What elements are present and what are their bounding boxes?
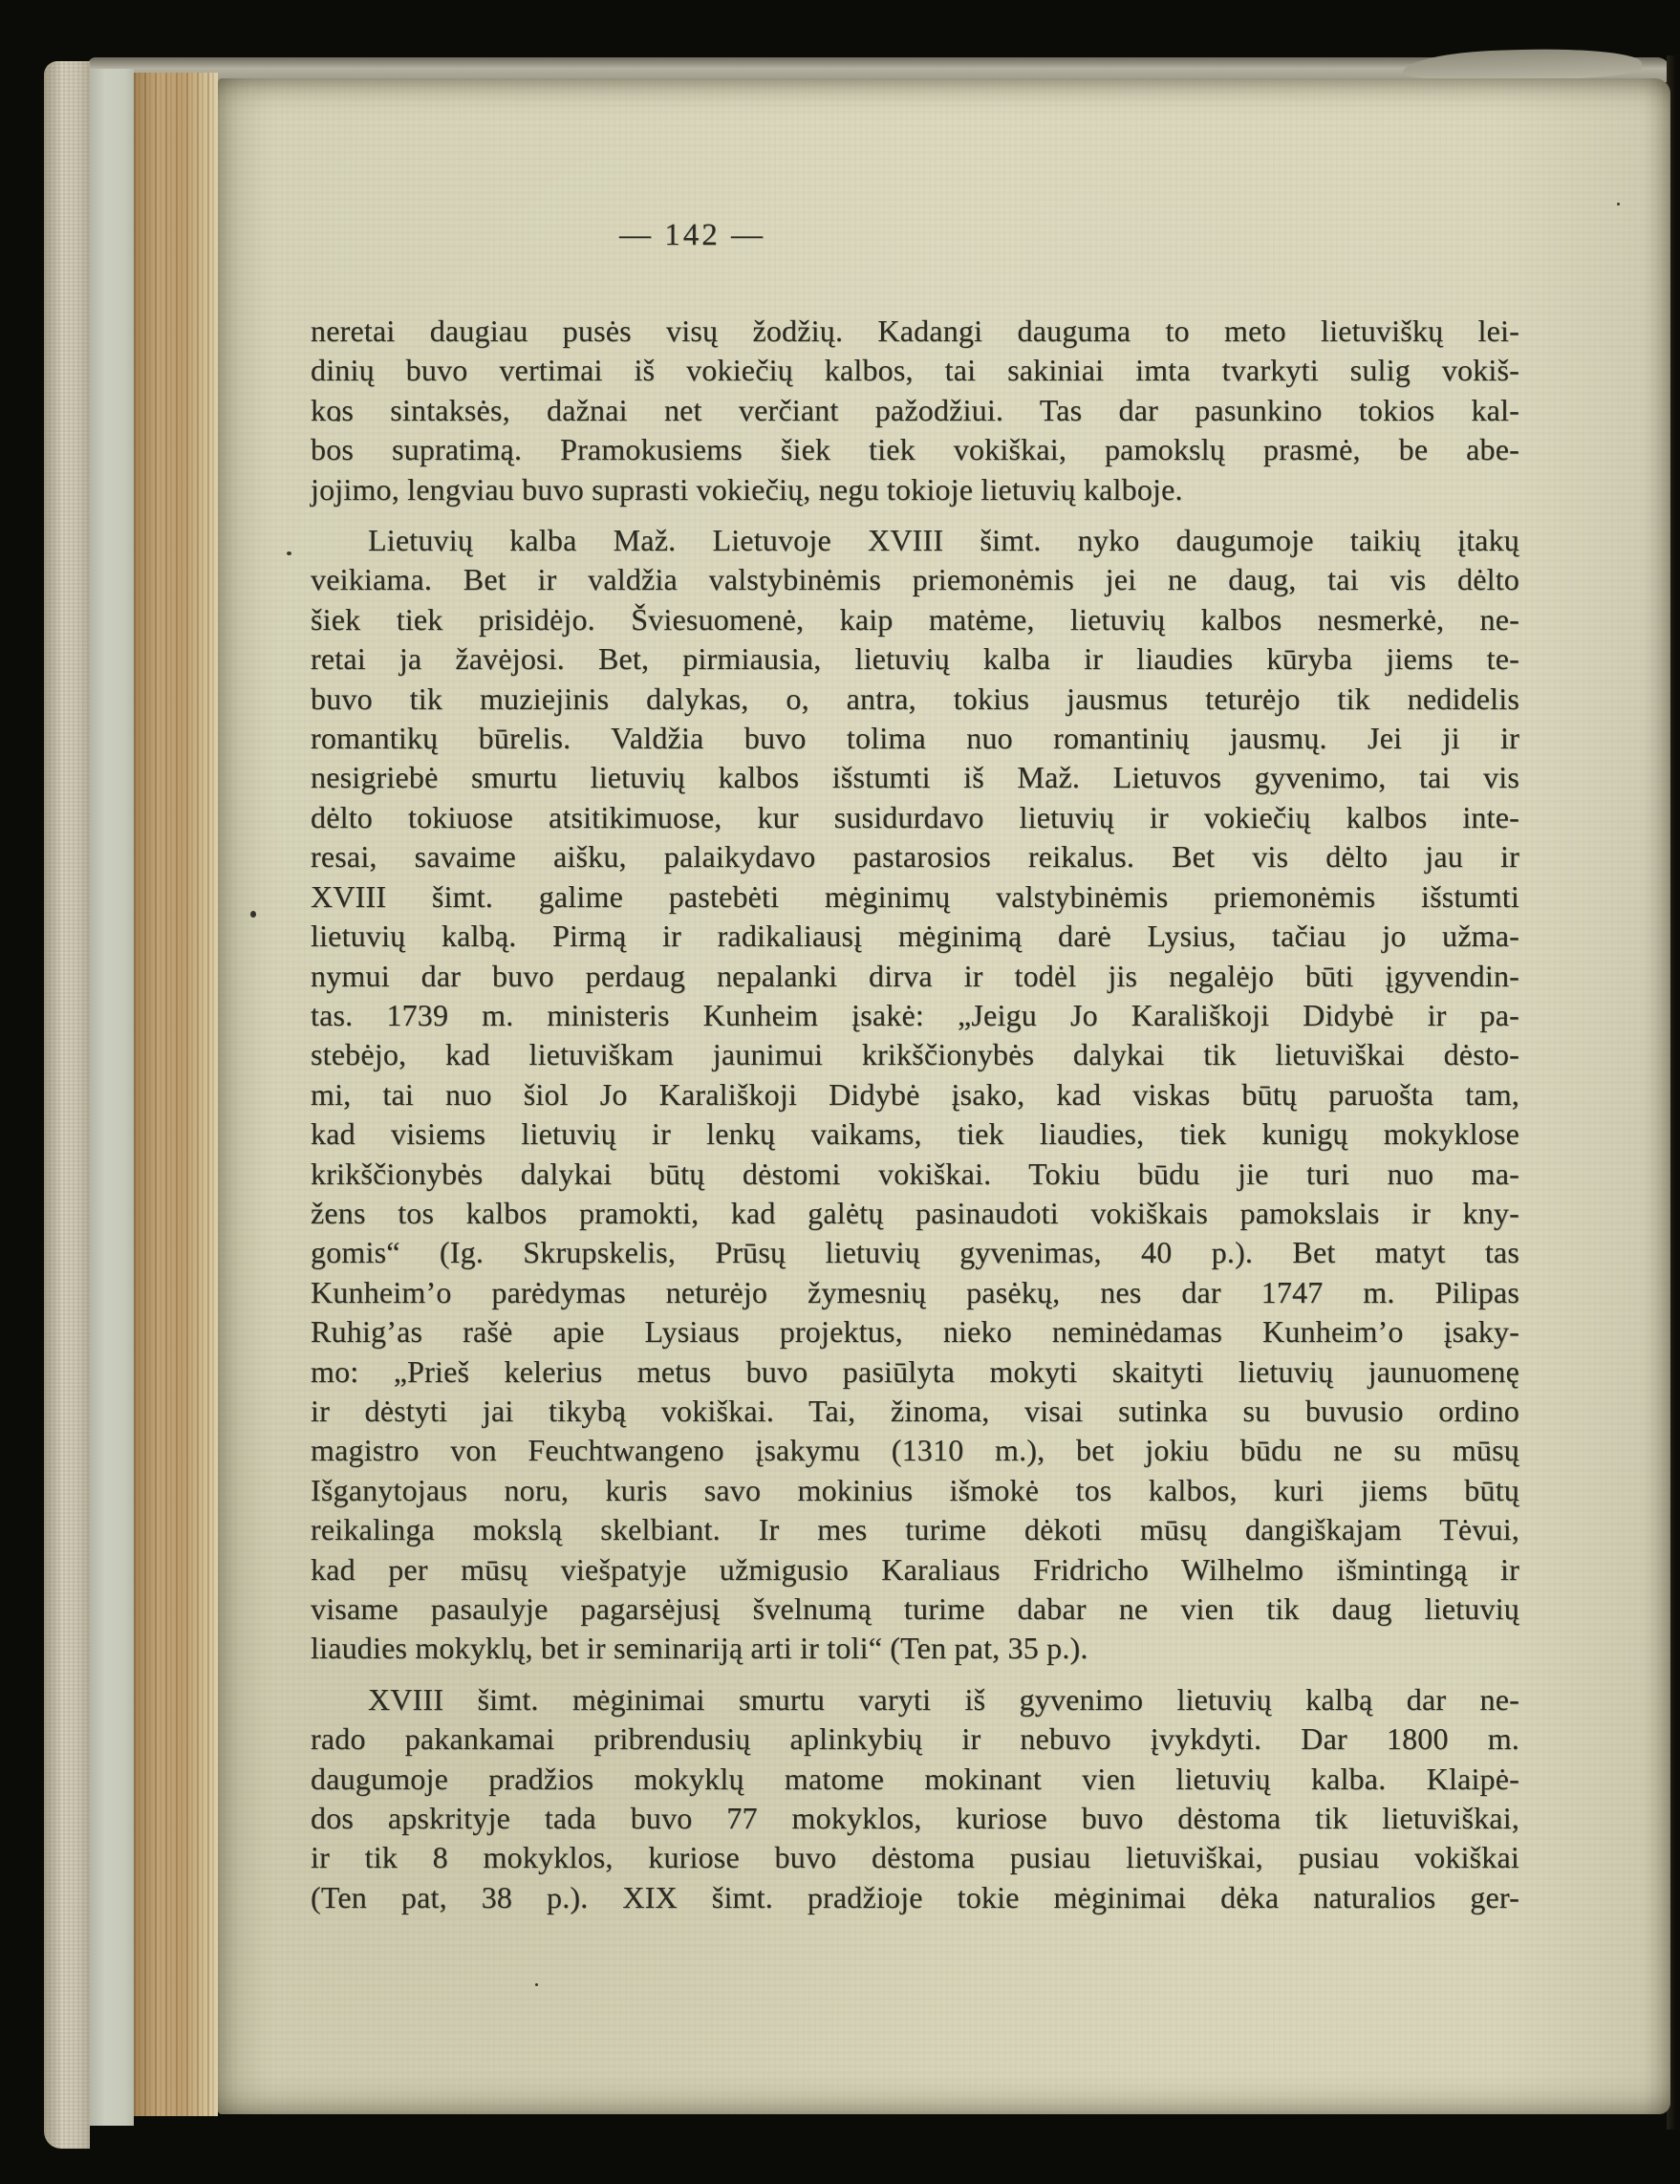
text-line: nymui dar buvo perdaug nepalanki dirva i… (311, 957, 1519, 996)
text-line: rado pakankamai pribrendusių aplinkybių … (311, 1719, 1519, 1759)
text-line: buvo tik muziejinis dalykas, o, antra, t… (311, 680, 1519, 719)
text-line: XVIII šimt. galime pastebėti mėginimų va… (311, 877, 1519, 917)
text-line: romantikų būrelis. Valdžia buvo tolima n… (311, 719, 1519, 758)
text-line: dinių buvo vertimai iš vokiečių kalbos, … (311, 351, 1519, 390)
text-line: žens tos kalbos pramokti, kad galėtų pas… (311, 1194, 1519, 1233)
scan-speck (535, 1983, 538, 1986)
text-line: dos apskrityje tada buvo 77 mokyklos, ku… (311, 1799, 1519, 1838)
text-line: mo: „Prieš kelerius metus buvo pasiūlyta… (311, 1352, 1519, 1392)
text-line: visame pasaulyje pagarsėjusį švelnumą tu… (311, 1589, 1519, 1629)
book-cover-edge (44, 61, 90, 2149)
text-line: jojimo, lengviau buvo suprasti vokiečių,… (311, 470, 1519, 509)
text-line: ir tik 8 mokyklos, kuriose buvo dėstoma … (311, 1838, 1519, 1877)
text-line: daugumoje pradžios mokyklų matome mokina… (311, 1760, 1519, 1799)
text-line: nesigriebė smurtu lietuvių kalbos išstum… (311, 758, 1519, 797)
text-line: kos sintaksės, dažnai net verčiant pažod… (311, 391, 1519, 430)
text-line: liaudies mokyklų, bet ir seminariją arti… (311, 1629, 1519, 1668)
text-line: ir dėstyti jai tikybą vokiškai. Tai, žin… (311, 1392, 1519, 1431)
text-line: reikalinga mokslą skelbiant. Ir mes turi… (311, 1510, 1519, 1549)
scanned-book-photo: { "page_header": { "page_number": "— 142… (0, 0, 1680, 2184)
text-line: veikiama. Bet ir valdžia valstybinėmis p… (311, 560, 1519, 599)
text-line: šiek tiek prisidėjo. Šviesuomenė, kaip m… (311, 600, 1519, 639)
page-number: — 142 — (218, 218, 1670, 258)
page-edges-stack (134, 73, 218, 2116)
text-line: magistro von Feuchtwangeno įsakymu (1310… (311, 1431, 1519, 1470)
text-line: gomis“ (Ig. Skrupskelis, Prūsų lietuvių … (311, 1233, 1519, 1272)
text-line: Išganytojaus noru, kuris savo mokinius i… (311, 1471, 1519, 1510)
scan-speck (1617, 203, 1620, 205)
book-page: — 142 — neretai daugiau pusės visų žodži… (218, 78, 1670, 2114)
text-line: resai, savaime aišku, palaikydavo pastar… (311, 837, 1519, 876)
text-line: Lietuvių kalba Maž. Lietuvoje XVIII šimt… (311, 521, 1519, 560)
text-line: mi, tai nuo šiol Jo Karališkoji Didybė į… (311, 1075, 1519, 1114)
endpaper-edge (90, 69, 134, 2126)
scan-speck (250, 911, 256, 918)
text-line: krikščionybės dalykai būtų dėstomi vokiš… (311, 1155, 1519, 1194)
text-line: kad visiems lietuvių ir lenkų vaikams, t… (311, 1114, 1519, 1154)
text-line: retai ja žavėjosi. Bet, pirmiausia, liet… (311, 639, 1519, 679)
text-line: Ruhig’as rašė apie Lysiaus projektus, ni… (311, 1312, 1519, 1351)
paragraph: Lietuvių kalba Maž. Lietuvoje XVIII šimt… (311, 521, 1519, 1669)
text-line: dėlto tokiuose atsitikimuose, kur susidu… (311, 798, 1519, 837)
text-line: kad per mūsų viešpatyje užmigusio Karali… (311, 1550, 1519, 1589)
scan-speck (336, 418, 340, 422)
text-line: stebėjo, kad lietuviškam jaunimui krikšč… (311, 1035, 1519, 1074)
text-line: bos supratimą. Pramokusiems šiek tiek vo… (311, 430, 1519, 469)
text-line: (Ten pat, 38 p.). XIX šimt. pradžioje to… (311, 1878, 1519, 1917)
text-line: Kunheim’o parėdymas neturėjo žymesnių pa… (311, 1273, 1519, 1312)
paragraph: XVIII šimt. mėginimai smurtu varyti iš g… (311, 1680, 1519, 1917)
text-line: lietuvių kalbą. Pirmą ir radikaliausį mė… (311, 917, 1519, 956)
text-line: XVIII šimt. mėginimai smurtu varyti iš g… (311, 1680, 1519, 1719)
text-line: neretai daugiau pusės visų žodžių. Kadan… (311, 312, 1519, 351)
text-line: tas. 1739 m. ministeris Kunheim įsakė: „… (311, 996, 1519, 1035)
text-block: neretai daugiau pusės visų žodžių. Kadan… (311, 312, 1519, 1917)
scan-speck (287, 551, 291, 555)
paragraph: neretai daugiau pusės visų žodžių. Kadan… (311, 312, 1519, 509)
